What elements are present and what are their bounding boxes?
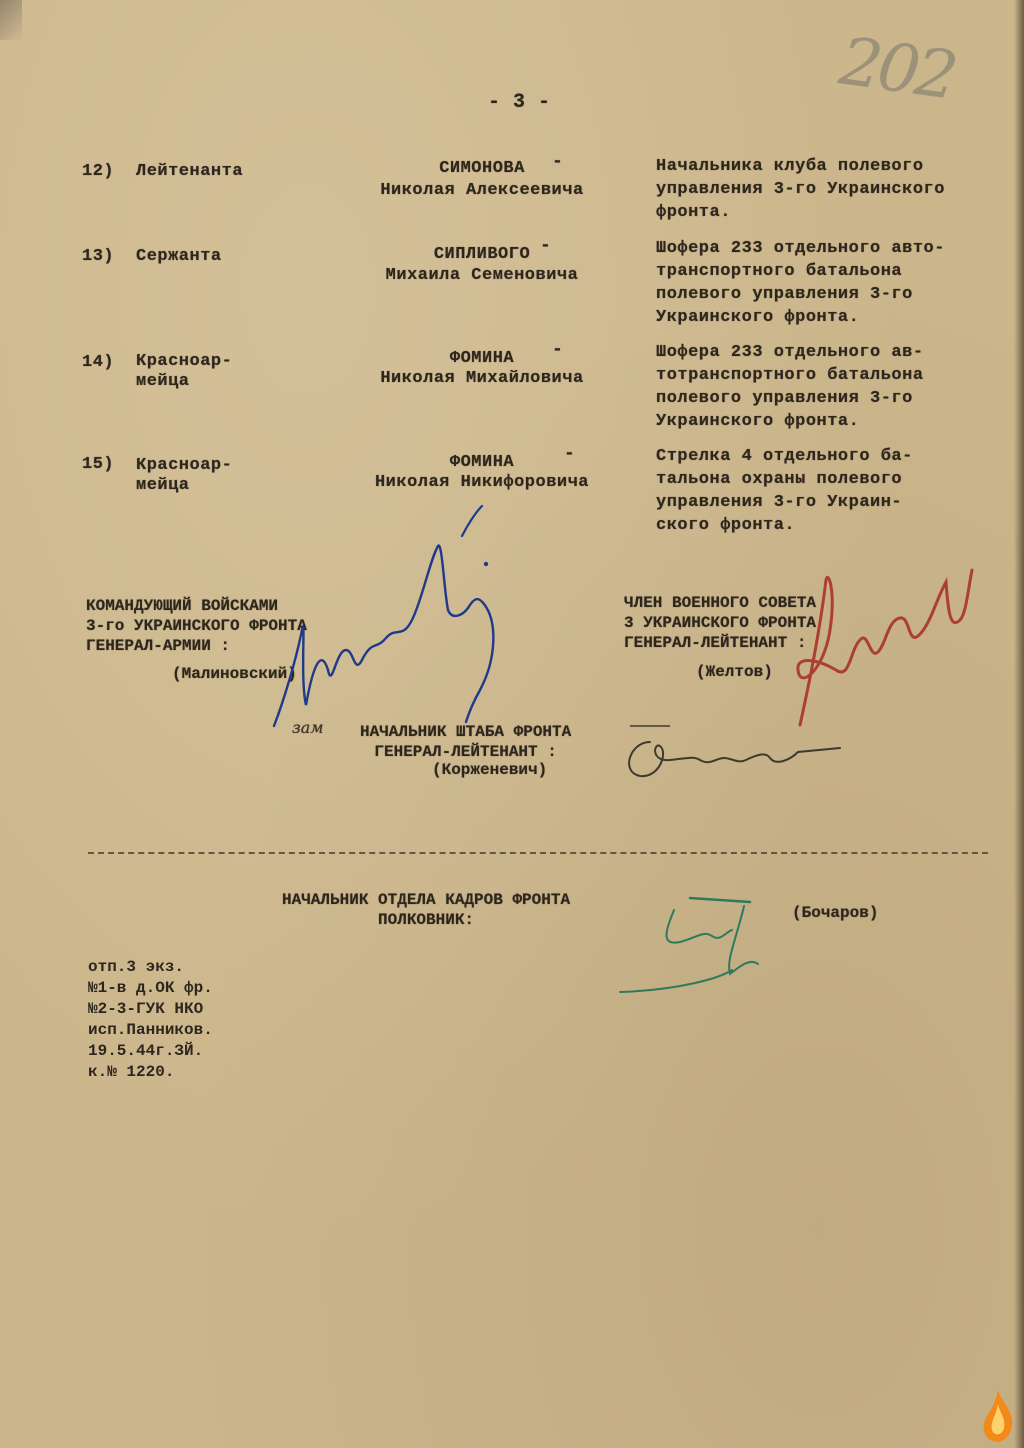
entry-rank: Красноар- мейца [136,456,232,496]
chief-of-staff-title: НАЧАЛЬНИК ШТАБА ФРОНТА ГЕНЕРАЛ-ЛЕЙТЕНАНТ… [360,722,571,762]
entry-number: 12) [82,161,132,182]
deputy-annotation: зам [292,718,324,738]
entry-number: 15) [82,454,132,475]
torn-corner [0,0,22,40]
entry-dash: - [552,152,563,173]
flame-logo-icon [976,1386,1020,1446]
entry-dash: - [540,236,551,257]
chief-of-staff-name: (Корженевич) [432,760,547,780]
entry-given-names: Михаила Семеновича [332,265,632,286]
entry-position: Шофера 233 отдельного авто- транспортног… [656,237,1016,329]
council-member-title: ЧЛЕН ВОЕННОГО СОВЕТА 3 УКРАИНСКОГО ФРОНТ… [624,593,816,653]
council-member-name: (Желтов) [696,662,773,682]
distribution-notes: отп.3 экз. №1-в д.ОК фр. №2-3-ГУК НКО ис… [88,957,213,1083]
section-divider [88,852,988,854]
entry-position: Стрелка 4 отдельного ба- тальона охраны … [656,445,1016,537]
entry-rank: Сержанта [136,246,222,267]
entry-number: 13) [82,246,132,267]
entry-given-names: Николая Никифоровича [332,472,632,493]
entry-dash: - [564,444,575,465]
archive-sheet-number: 202 [835,22,959,114]
entry-rank: Лейтенанта [136,161,243,182]
entry-position: Начальника клуба полевого управления 3-г… [656,155,1016,224]
entry-surname: СИПЛИВОГО [352,244,612,265]
entry-given-names: Николая Михайловича [332,368,632,389]
commander-title: КОМАНДУЮЩИЙ ВОЙСКАМИ 3-го УКРАИНСКОГО ФР… [86,596,307,656]
entry-surname: СИМОНОВА [352,158,612,179]
personnel-chief-name: (Бочаров) [792,903,878,923]
entry-number: 14) [82,352,132,373]
personnel-chief-title: НАЧАЛЬНИК ОТДЕЛА КАДРОВ ФРОНТА ПОЛКОВНИК… [282,890,570,930]
entry-position: Шофера 233 отдельного ав- тотранспортног… [656,341,1016,433]
entry-dash: - [552,340,563,361]
commander-name: (Малиновский) [172,664,297,684]
entry-surname: ФОМИНА [352,348,612,369]
entry-given-names: Николая Алексеевича [332,180,632,201]
entry-rank: Красноар- мейца [136,352,232,392]
page-number: - 3 - [488,92,551,113]
